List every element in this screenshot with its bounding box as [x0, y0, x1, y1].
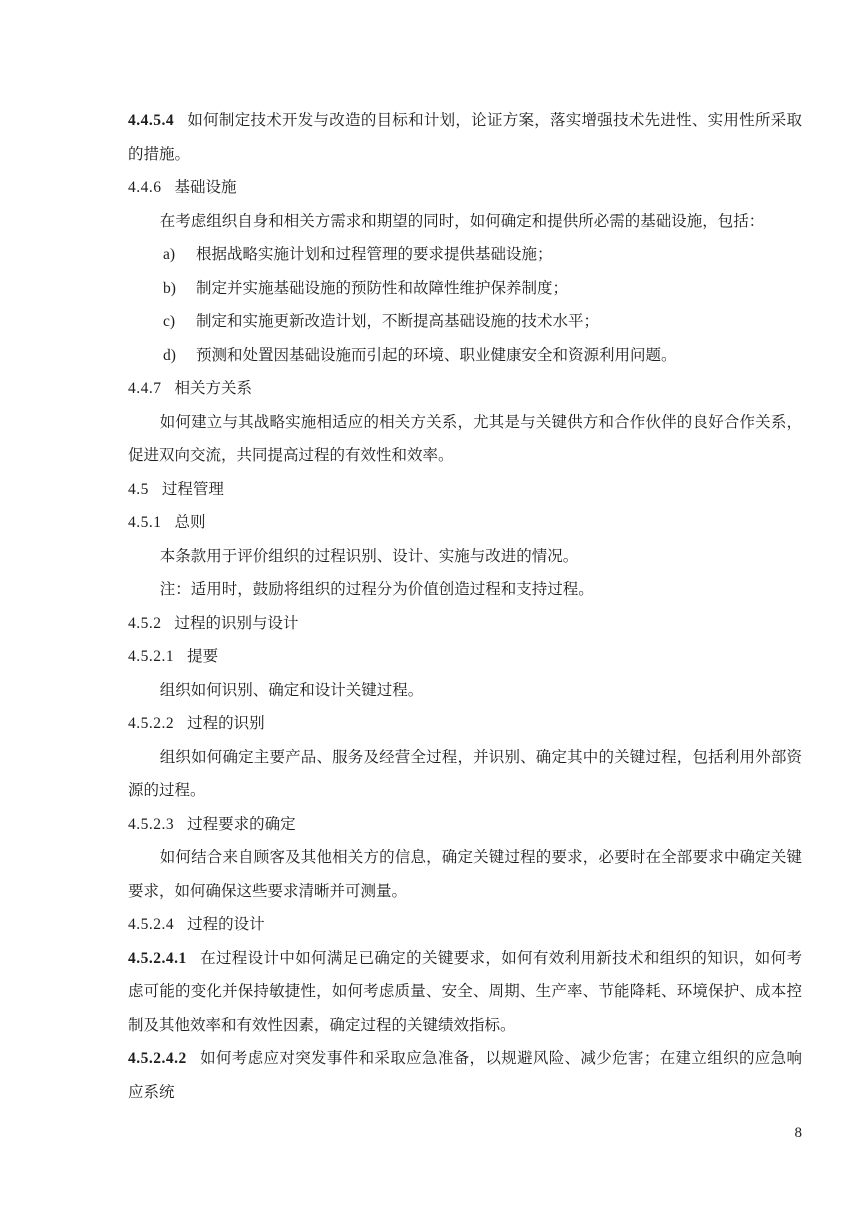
heading-number: 4.5.2.2 [128, 715, 174, 732]
heading-4-4-6: 4.4.6基础设施 [128, 171, 802, 205]
paragraph: 如何建立与其战略实施相适应的相关方关系，尤其是与关键供方和合作伙伴的良好合作关系… [128, 406, 802, 473]
clause-4-5-2-4-2: 4.5.2.4.2如何考虑应对突发事件和采取应急准备，以规避风险、减少危害；在建… [128, 1042, 802, 1109]
document-body: 4.4.5.4如何制定技术开发与改造的目标和计划，论证方案，落实增强技术先进性、… [128, 104, 802, 1109]
document-page: 4.4.5.4如何制定技术开发与改造的目标和计划，论证方案，落实增强技术先进性、… [0, 0, 860, 1215]
page-number: 8 [795, 1117, 803, 1150]
heading-title: 过程要求的确定 [187, 816, 296, 833]
list-item-d: d)预测和处置因基础设施而引起的环境、职业健康安全和资源利用问题。 [128, 339, 802, 373]
list-item-label: a) [163, 238, 196, 272]
heading-number: 4.5.1 [128, 514, 162, 531]
list-item-text: 制定并实施基础设施的预防性和故障性维护保养制度； [196, 280, 568, 297]
list-item-b: b)制定并实施基础设施的预防性和故障性维护保养制度； [128, 272, 802, 306]
heading-title: 相关方关系 [175, 380, 253, 397]
heading-number: 4.5.2.1 [128, 648, 174, 665]
heading-4-5-2-1: 4.5.2.1提要 [128, 640, 802, 674]
clause-text: 如何考虑应对突发事件和采取应急准备，以规避风险、减少危害；在建立组织的应急响应系… [128, 1050, 802, 1101]
heading-4-5-2-4: 4.5.2.4过程的设计 [128, 908, 802, 942]
clause-number: 4.5.2.4.1 [128, 950, 187, 967]
heading-title: 过程的识别与设计 [175, 615, 299, 632]
clause-text: 在过程设计中如何满足已确定的关键要求，如何有效利用新技术和组织的知识，如何考虑可… [128, 950, 802, 1034]
heading-4-5: 4.5过程管理 [128, 473, 802, 507]
note-paragraph: 注：适用时，鼓励将组织的过程分为价值创造过程和支持过程。 [128, 573, 802, 607]
heading-4-5-1: 4.5.1总则 [128, 506, 802, 540]
paragraph: 在考虑组织自身和相关方需求和期望的同时，如何确定和提供所必需的基础设施，包括： [128, 205, 802, 239]
list-item-c: c)制定和实施更新改造计划，不断提高基础设施的技术水平； [128, 305, 802, 339]
heading-4-5-2: 4.5.2过程的识别与设计 [128, 607, 802, 641]
heading-title: 提要 [187, 648, 218, 665]
heading-number: 4.5.2.4 [128, 916, 174, 933]
heading-title: 过程的识别 [187, 715, 265, 732]
heading-title: 基础设施 [175, 179, 237, 196]
heading-4-5-2-3: 4.5.2.3过程要求的确定 [128, 808, 802, 842]
heading-title: 过程管理 [162, 481, 224, 498]
clause-text: 如何制定技术开发与改造的目标和计划，论证方案，落实增强技术先进性、实用性所采取的… [128, 112, 802, 163]
paragraph: 如何结合来自顾客及其他相关方的信息，确定关键过程的要求，必要时在全部要求中确定关… [128, 841, 802, 908]
heading-title: 总则 [175, 514, 206, 531]
list-item-label: d) [163, 339, 196, 373]
list-item-label: b) [163, 272, 196, 306]
list-item-label: c) [163, 305, 196, 339]
paragraph: 组织如何确定主要产品、服务及经营全过程，并识别、确定其中的关键过程，包括利用外部… [128, 741, 802, 808]
clause-4-4-5-4: 4.4.5.4如何制定技术开发与改造的目标和计划，论证方案，落实增强技术先进性、… [128, 104, 802, 171]
heading-number: 4.5.2 [128, 615, 162, 632]
heading-4-5-2-2: 4.5.2.2过程的识别 [128, 707, 802, 741]
list-item-a: a)根据战略实施计划和过程管理的要求提供基础设施； [128, 238, 802, 272]
clause-number: 4.5.2.4.2 [128, 1050, 187, 1067]
list-item-text: 预测和处置因基础设施而引起的环境、职业健康安全和资源利用问题。 [196, 347, 677, 364]
list-item-text: 制定和实施更新改造计划，不断提高基础设施的技术水平； [196, 313, 599, 330]
paragraph: 本条款用于评价组织的过程识别、设计、实施与改进的情况。 [128, 540, 802, 574]
heading-4-4-7: 4.4.7相关方关系 [128, 372, 802, 406]
list-item-text: 根据战略实施计划和过程管理的要求提供基础设施； [196, 246, 553, 263]
heading-title: 过程的设计 [187, 916, 265, 933]
paragraph: 组织如何识别、确定和设计关键过程。 [128, 674, 802, 708]
clause-number: 4.4.5.4 [128, 112, 174, 129]
heading-number: 4.5 [128, 481, 149, 498]
heading-number: 4.4.6 [128, 179, 162, 196]
heading-number: 4.5.2.3 [128, 816, 174, 833]
clause-4-5-2-4-1: 4.5.2.4.1在过程设计中如何满足已确定的关键要求，如何有效利用新技术和组织… [128, 942, 802, 1043]
heading-number: 4.4.7 [128, 380, 162, 397]
